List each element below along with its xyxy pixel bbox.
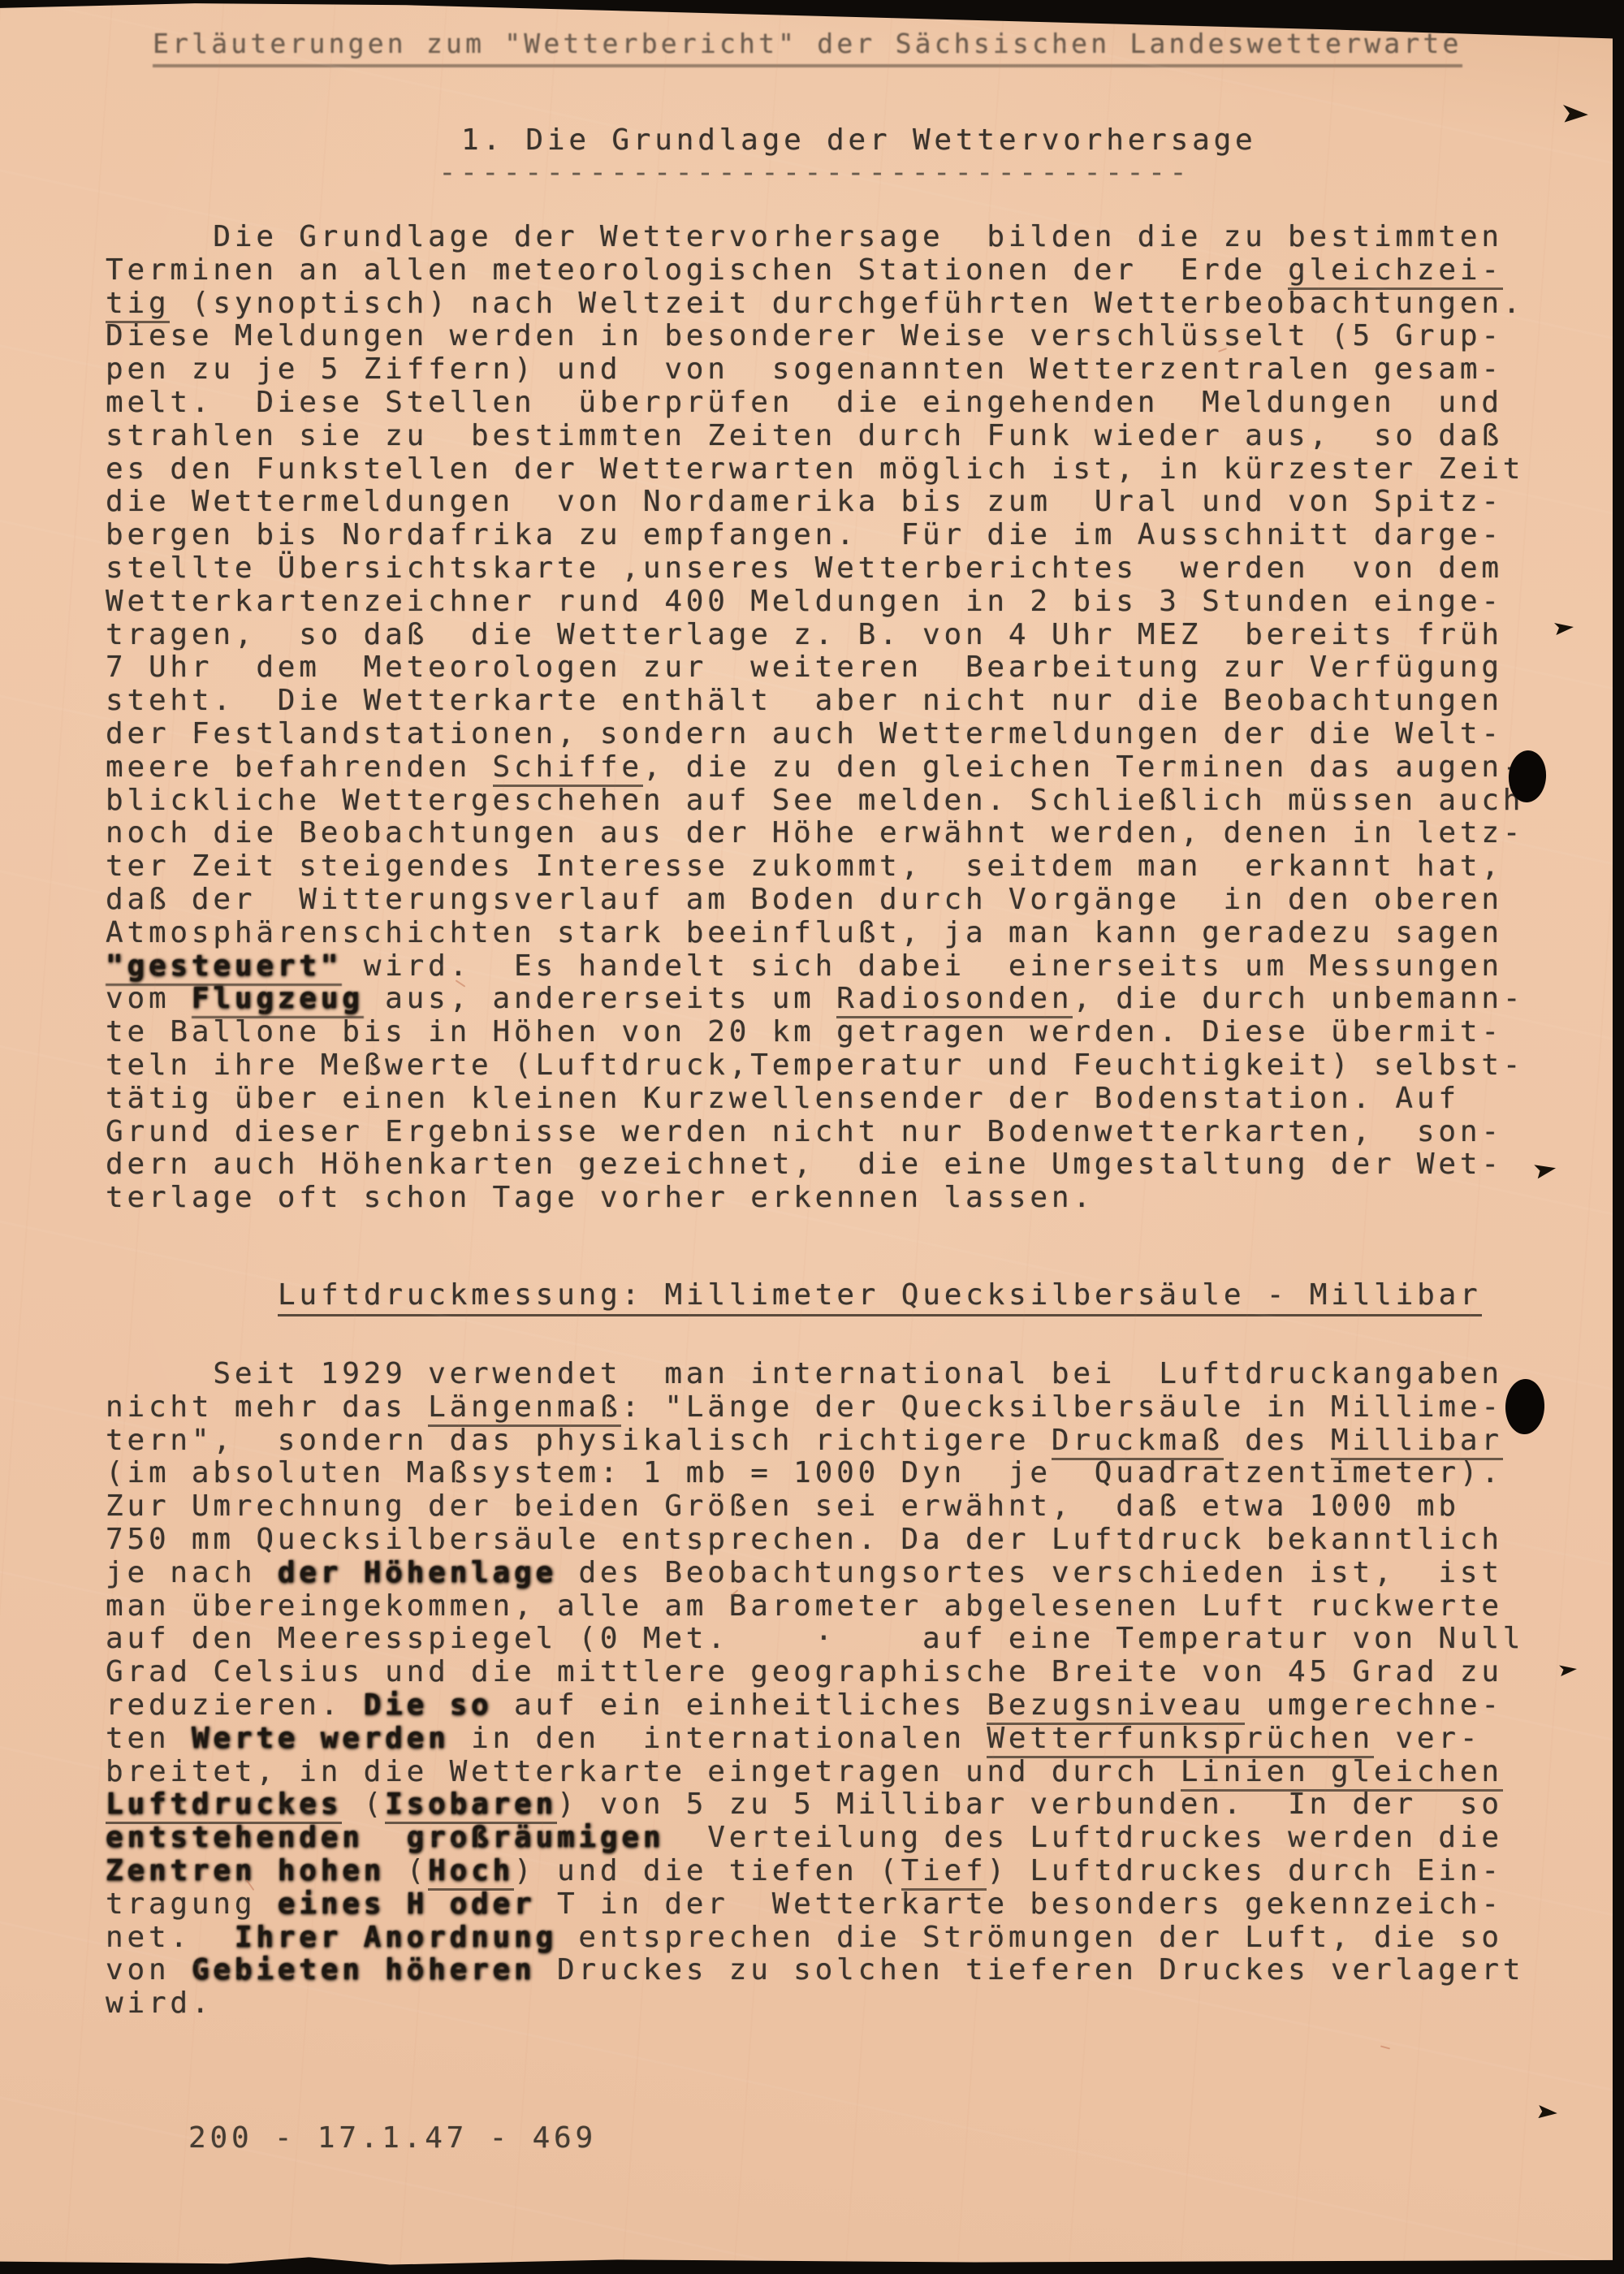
text-line: auf den Meeresspiegel (0 Met. · auf eine… <box>106 1623 1524 1656</box>
text-line: tätig über einen kleinen Kurzwellensende… <box>106 1083 1524 1116</box>
punch-hole <box>1505 1378 1545 1435</box>
text-line: steht. Die Wetterkarte enthält aber nich… <box>106 685 1524 718</box>
text-line: reduzieren. Die so auf ein einheitliches… <box>106 1689 1524 1723</box>
paragraph-grundlage: Die Grundlage der Wettervorhersage bilde… <box>106 221 1524 1215</box>
text-line: Zur Umrechnung der beiden Größen sei erw… <box>106 1490 1524 1524</box>
text-line: blickliche Wettergeschehen auf See melde… <box>106 785 1524 818</box>
text-line: tern", sondern das physikalisch richtige… <box>106 1424 1524 1458</box>
text-line: je nach der Höhenlage des Beobachtungsor… <box>106 1557 1524 1590</box>
text-line: ten Werte werden in den internationalen … <box>106 1723 1524 1756</box>
text-line: net. Ihrer Anordnung entsprechen die Str… <box>106 1922 1524 1955</box>
margin-ink-mark <box>1554 619 1574 635</box>
text-line: Die Grundlage der Wettervorhersage bilde… <box>106 221 1524 254</box>
page-title: 1. Die Grundlage der Wettervorhersage <box>461 123 1257 157</box>
text-line: Diese Meldungen werden in besonderer Wei… <box>106 320 1524 353</box>
text-line: dern auch Höhenkarten gezeichnet, die ei… <box>106 1148 1524 1182</box>
text-line: "gesteuert" wird. Es handelt sich dabei … <box>106 950 1524 984</box>
text-line: te Ballone bis in Höhen von 20 km getrag… <box>106 1016 1524 1049</box>
text-line: teln ihre Meßwerte (Luftdruck,Temperatur… <box>106 1049 1524 1083</box>
text-line: 7 Uhr dem Meteorologen zur weiteren Bear… <box>106 651 1524 685</box>
text-line: tig (synoptisch) nach Weltzeit durchgefü… <box>106 287 1524 321</box>
text-line: (im absoluten Maßsystem: 1 mb = 1000 Dyn… <box>106 1457 1524 1490</box>
text-line: vom Flugzeug aus, andererseits um Radios… <box>106 983 1524 1016</box>
text-line: wird. <box>106 1987 1524 2021</box>
text-line: es den Funkstellen der Wetterwarten mögl… <box>106 453 1524 486</box>
text-line: ter Zeit steigendes Interesse zukommt, s… <box>106 850 1524 884</box>
text-line: strahlen sie zu bestimmten Zeiten durch … <box>106 420 1524 453</box>
text-line: tragen, so daß die Wetterlage z. B. von … <box>106 619 1524 652</box>
text-line: Zentren hohen (Hoch) und die tiefen (Tie… <box>106 1855 1524 1888</box>
text-line: meere befahrenden Schiffe, die zu den gl… <box>106 751 1524 785</box>
margin-ink-mark <box>1559 1662 1577 1676</box>
margin-ink-mark <box>1536 2102 1558 2121</box>
scanner-edge-right <box>1613 0 1624 2274</box>
text-line: bergen bis Nordafrika zu empfangen. Für … <box>106 519 1524 552</box>
section-heading-luftdruckmessung: Luftdruckmessung: Millimeter Quecksilber… <box>278 1278 1482 1316</box>
text-line: stellte Übersichtskarte ,unseres Wetterb… <box>106 552 1524 586</box>
text-line: Wetterkartenzeichner rund 400 Meldungen … <box>106 586 1524 619</box>
text-line: man übereingekommen, alle am Barometer a… <box>106 1590 1524 1623</box>
page-header: Erläuterungen zum "Wetterbericht" der Sä… <box>153 28 1462 67</box>
text-line: noch die Beobachtungen aus der Höhe erwä… <box>106 817 1524 850</box>
text-line: nicht mehr das Längenmaß: "Länge der Que… <box>106 1391 1524 1424</box>
print-reference-footer: 200 - 17.1.47 - 469 <box>188 2121 597 2155</box>
text-line: Atmosphärenschichten stark beeinflußt, j… <box>106 917 1524 950</box>
text-line: von Gebieten höheren Druckes zu solchen … <box>106 1954 1524 1987</box>
text-line: tragung eines H oder T in der Wetterkart… <box>106 1888 1524 1922</box>
text-line: daß der Witterungsverlauf am Boden durch… <box>106 884 1524 917</box>
text-line: entstehenden großräumigen Verteilung des… <box>106 1822 1524 1855</box>
text-line: pen zu je 5 Ziffern) und von sogenannten… <box>106 353 1524 387</box>
scanned-document: { "page": { "header": "Erläuterungen zum… <box>0 0 1624 2274</box>
text-line: breitet, in die Wetterkarte eingetragen … <box>106 1756 1524 1789</box>
text-line: Grund dieser Ergebnisse werden nicht nur… <box>106 1116 1524 1149</box>
text-line: der Festlandstationen, sondern auch Wett… <box>106 718 1524 751</box>
text-line: Grad Celsius und die mittlere geographis… <box>106 1656 1524 1689</box>
text-line: 750 mm Quecksilbersäule entsprechen. Da … <box>106 1524 1524 1557</box>
paper-sheet: Erläuterungen zum "Wetterbericht" der Sä… <box>0 0 1624 2274</box>
paper-fleck <box>1380 2045 1390 2049</box>
text-line: Terminen an allen meteorologischen Stati… <box>106 254 1524 287</box>
text-line: Seit 1929 verwendet man international be… <box>106 1358 1524 1391</box>
text-line: Luftdruckes (Isobaren) von 5 zu 5 Millib… <box>106 1788 1524 1822</box>
text-line: melt. Diese Stellen überprüfen die einge… <box>106 387 1524 420</box>
margin-ink-mark <box>1561 101 1590 124</box>
text-line: terlage oft schon Tage vorher erkennen l… <box>106 1182 1524 1215</box>
title-dashed-rule: ----------------------------------- <box>438 156 1191 189</box>
margin-ink-mark <box>1534 1158 1557 1178</box>
paragraph-luftdruckmessung: Seit 1929 verwendet man international be… <box>106 1358 1524 2021</box>
text-line: die Wettermeldungen von Nordamerika bis … <box>106 486 1524 519</box>
